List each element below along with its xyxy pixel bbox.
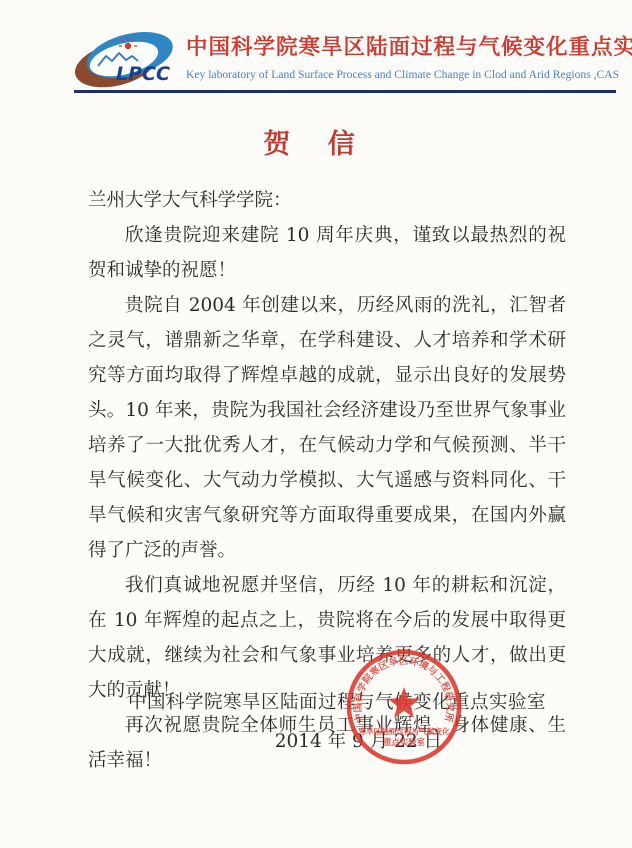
- org-subtitle-en: Key laboratory of Land Surface Process a…: [186, 68, 632, 81]
- paragraph-2: 贵院自 2004 年创建以来，历经风雨的洗礼，汇智者之灵气，谱鼎新之华章，在学科…: [88, 288, 566, 568]
- letterhead-titles: 中国科学院寒旱区陆面过程与气候变化重点实验室 Key laboratory of…: [176, 26, 632, 81]
- lpcc-wordmark: LPCC: [116, 63, 170, 85]
- letterhead: LPCC 中国科学院寒旱区陆面过程与气候变化重点实验室 Key laborato…: [72, 26, 618, 92]
- paragraph-1: 欣逢贵院迎来建院 10 周年庆典，谨致以最热烈的祝贺和诚挚的祝愿！: [88, 218, 566, 288]
- letterhead-divider: [74, 90, 616, 93]
- signature-org: 中国科学院寒旱区陆面过程与气候变化重点实验室: [0, 688, 632, 714]
- salutation: 兰州大学大气科学学院：: [88, 183, 566, 218]
- letter-date: 2014 年 9 月 22 日: [0, 727, 632, 753]
- signature-block: 中国科学院寒旱区陆面过程与气候变化重点实验室 2014 年 9 月 22 日: [0, 688, 632, 753]
- org-title-cn: 中国科学院寒旱区陆面过程与气候变化重点实验室: [186, 30, 632, 61]
- letter-title: 贺 信: [0, 122, 632, 161]
- paragraph-3: 我们真诚地祝愿并坚信，历经 10 年的耕耘和沉淀，在 10 年辉煌的起点之上，贵…: [88, 568, 566, 708]
- lpcc-logo: LPCC: [72, 28, 176, 92]
- lpcc-logo-icon: LPCC: [72, 28, 176, 92]
- scanned-letter-page: LPCC 中国科学院寒旱区陆面过程与气候变化重点实验室 Key laborato…: [0, 0, 632, 848]
